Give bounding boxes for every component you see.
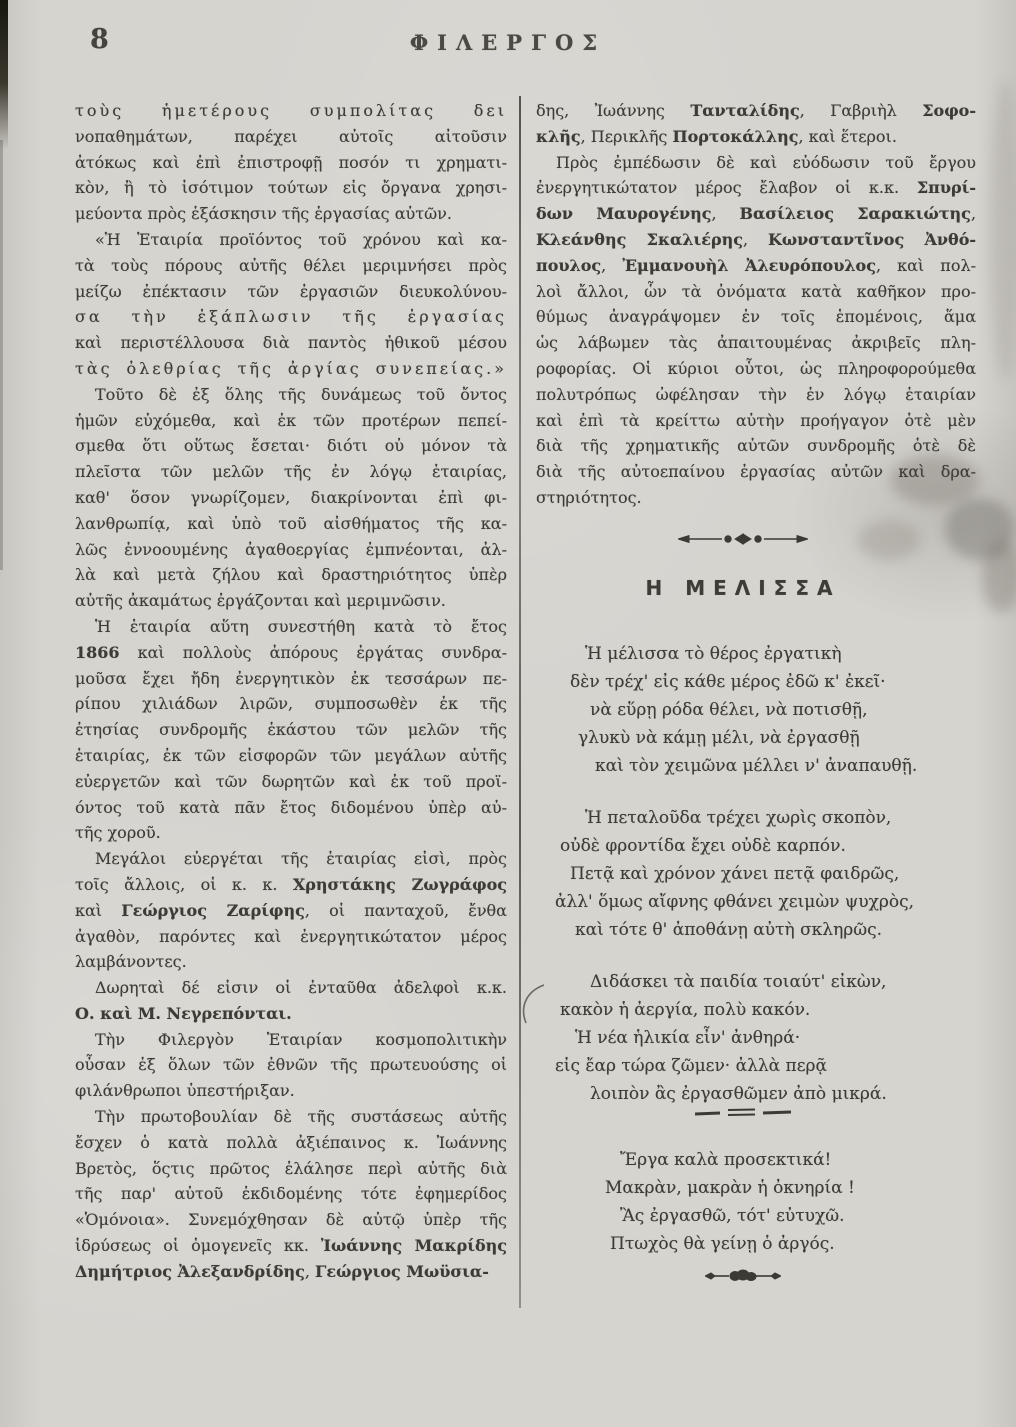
text-line: λῶς ἐννοουμένης ἀγαθοεργίας ἐμπνέονται, …	[75, 537, 507, 563]
text-line: Ἔργα καλὰ προσεκτικά!	[620, 1146, 983, 1174]
text-line: Πρὸς ἐμπέδωσιν δὲ καὶ εὐόδωσιν τοῦ ἔργου	[536, 150, 976, 176]
text-line: Ἡ μέλισσα τὸ θέρος ἐργατικὴ	[585, 640, 983, 668]
text-line: ἐνεργητικώτατον μέρος ἔλαβον οἱ κ.κ. Σπυ…	[536, 175, 976, 201]
text-line: Ἡ πεταλοῦδα τρέχει χωρὶς σκοπὸν,	[585, 804, 983, 832]
text-line: Μακρὰν, μακρὰν ἡ ὀκνηρία !	[605, 1174, 983, 1202]
text-line: ἡμῶν εὐχόμεθα, καὶ ἐκ τῶν προτέρων πεπεί…	[75, 408, 507, 434]
end-ornament	[533, 1268, 953, 1284]
scan-stain	[982, 540, 1016, 612]
text-line: ἔσχεν ὁ κατὰ πολλὰ ἀξιέπαινος κ. Ἰωάννης	[75, 1130, 507, 1156]
text-line: ἀγαθὸν, παρόντες καὶ ἐνεργητικώτατον μέρ…	[75, 924, 507, 950]
poem-final-stanza: Ἔργα καλὰ προσεκτικά!Μακρὰν, μακρὰν ἡ ὀκ…	[553, 1146, 983, 1282]
arrow-knot-rule-icon	[678, 531, 808, 547]
text-line: λοὶ ἄλλοι, ὧν τὰ ὀνόματα κατὰ καθῆκον πρ…	[536, 279, 976, 305]
text-line: λοιπὸν ἂς ἐργασθῶμεν ἀπὸ μικρά.	[590, 1080, 983, 1108]
text-line: τοῖς ἄλλοις, οἱ κ. κ. Χρηστάκης Ζωγράφος	[75, 872, 507, 898]
text-line: μεύοντα πρὸς ἐξάσκησιν τῆς ἐργασίας αὐτῶ…	[75, 201, 507, 227]
scan-edge-artifact	[0, 0, 8, 150]
text-line: τῆς χοροῦ.	[75, 820, 507, 846]
text-line: εὐεργετῶν καὶ τῶν δωρητῶν καὶ ἐκ τοῦ προ…	[75, 769, 507, 795]
text-line: καὶ Γεώργιος Ζαρίφης, οἱ πανταχοῦ, ἔνθα	[75, 898, 507, 924]
text-line: μοῦσα ἔχει ἤδη ἐνεργητικὸν ἐκ τεσσάρων π…	[75, 666, 507, 692]
column-divider-rule	[519, 96, 521, 1308]
text-line: «Ὁμόνοια». Συνεμόχθησαν δὲ αὐτῷ ὑπὲρ τῆς	[75, 1207, 507, 1233]
right-column-article: δης, Ἰωάννης Τανταλίδης, Γαβριὴλ Σοφο-κλ…	[536, 98, 976, 511]
text-line: καθ' ὅσον γνωρίζομεν, διακρίνονται ἐπὶ φ…	[75, 485, 507, 511]
text-line: Δημήτριος Ἀλεξανδρίδης, Γεώργιος Μωϋσια-	[75, 1259, 507, 1285]
stanza-divider	[533, 1106, 953, 1119]
text-line: διὰ τῆς χρηματικῆς αὐτῶν συνδρομῆς ὁτὲ δ…	[536, 433, 976, 459]
poem-stanzas: Ἡ μέλισσα τὸ θέρος ἐργατικὴδὲν τρέχ' εἰς…	[553, 640, 983, 1132]
section-divider-ornament	[533, 531, 953, 547]
dash-equals-rule-icon	[695, 1106, 791, 1119]
text-line: φιλάνθρωποι ὑπεστήριξαν.	[75, 1078, 507, 1104]
text-line: τὰ τοὺς πόρους αὐτῆς θέλει μεριμνήσει πρ…	[75, 253, 507, 279]
text-line: πολυτρόπως ὠφέλησαν τὴν ἐν λόγῳ ἑταιρίαν	[536, 382, 976, 408]
text-line: Πετᾷ καὶ χρόνον χάνει πετᾷ φαιδρῶς,	[570, 860, 983, 888]
poem-stanza: Ἡ πεταλοῦδα τρέχει χωρὶς σκοπὸν,οὐδὲ φρο…	[553, 804, 983, 944]
text-line: γλυκὺ νὰ κάμῃ μέλι, νὰ ἐργασθῇ	[578, 724, 983, 752]
poem-stanza: Ἔργα καλὰ προσεκτικά!Μακρὰν, μακρὰν ἡ ὀκ…	[553, 1146, 983, 1258]
text-line: Πτωχὸς θὰ γείνῃ ὁ ἀργός.	[610, 1230, 983, 1258]
poem-title: Η ΜΕΛΙΣΣΑ	[533, 576, 953, 600]
text-line: ρίπου χιλιάδων λιρῶν, συμποσωθὲν ἐκ τῆς	[75, 691, 507, 717]
text-line: λαμβάνοντες.	[75, 949, 507, 975]
text-line: καὶ τὸν χειμῶνα μέλλει ν' ἀναπαυθῇ.	[595, 752, 983, 780]
text-line: πλεῖστα τῶν μελῶν τῆς ἐν λόγῳ ἑταιρίας,	[75, 459, 507, 485]
text-line: ἐτησίας συνδρομῆς ἑκάστου τῶν μελῶν τῆς	[75, 717, 507, 743]
text-line: ἑταιρίας, ἐκ τῶν εἰσφορῶν τῶν μεγάλων αὐ…	[75, 743, 507, 769]
text-line: διὰ τῆς αὐτοεπαίνου ἐργασίας αὐτῶν καὶ δ…	[536, 459, 976, 485]
text-line: Μεγάλοι εὐεργέται τῆς ἑταιρίας εἰσὶ, πρὸ…	[75, 846, 507, 872]
newspaper-page: 8 ΦΙΛΕΡΓΟΣ τοὺς ἡμετέρους συμπολίτας δει…	[0, 0, 1016, 1427]
scan-edge-artifact	[0, 140, 3, 570]
text-line: ροφορίας. Οἱ κύριοι οὗτοι, ὡς πληροφορού…	[536, 356, 976, 382]
text-line: Τὴν Φιλεργὸν Ἑταιρίαν κοσμοπολιτικὴν	[75, 1027, 507, 1053]
text-line: «Ἡ Ἑταιρία προϊόντος τοῦ χρόνου καὶ κα-	[75, 227, 507, 253]
text-line: Βρετὸς, ὅςτις πρῶτος ἐλάλησε περὶ αὐτῆς …	[75, 1156, 507, 1182]
text-line: στηριότητος.	[536, 485, 976, 511]
text-line: δων Μαυρογένης, Βασίλειος Σαρακιώτης,	[536, 201, 976, 227]
text-line: Κλεάνθης Σκαλιέρης, Κωνσταντῖνος Ἀνθό-	[536, 227, 976, 253]
text-line: σα τὴν ἐξάπλωσιν τῆς ἐργασίας	[75, 304, 507, 330]
text-line: τῆς παρ' αὐτοῦ ἐκδιδομένης τότε ἐφημερίδ…	[75, 1181, 507, 1207]
text-line: Διδάσκει τὰ παιδία τοιαύτ' εἰκὼν,	[590, 968, 983, 996]
text-line: νοπαθημάτων, παρέχει αὐτοῖς αἰτοῦσιν	[75, 124, 507, 150]
text-line: δὲν τρέχ' εἰς κάθε μέρος ἐδῶ κ' ἐκεῖ·	[570, 668, 983, 696]
text-line: θύμως ἀναγράψομεν ἐν τοῖς ἑπομένοις, ἅμα	[536, 304, 976, 330]
text-line: Ο. καὶ Μ. Νεγρεπόνται.	[75, 1001, 507, 1027]
text-line: κακὸν ἡ ἀεργία, πολὺ κακόν.	[560, 996, 983, 1024]
text-line: αὐτῆς ἀκαμάτως ἐργάζονται καὶ μεριμνῶσιν…	[75, 588, 507, 614]
text-line: λὰ καὶ μετὰ ζήλου καὶ δραστηριότητος ὑπὲ…	[75, 562, 507, 588]
text-line: καὶ περιστέλλουσα διὰ παντὸς ἠθικοῦ μέσο…	[75, 330, 507, 356]
scan-stain	[990, 80, 1016, 380]
left-column: τοὺς ἡμετέρους συμπολίτας δεινοπαθημάτων…	[75, 98, 507, 1285]
poem-stanza: Ἡ μέλισσα τὸ θέρος ἐργατικὴδὲν τρέχ' εἰς…	[553, 640, 983, 780]
text-line: σμεθα ὅτι οὕτως ἔσεται· διότι οὐ μόνον τ…	[75, 433, 507, 459]
poem-stanza: Διδάσκει τὰ παιδία τοιαύτ' εἰκὼν,κακὸν ἡ…	[553, 968, 983, 1108]
text-line: νὰ εὕρῃ ρόδα θέλει, νὰ ποτισθῇ,	[590, 696, 983, 724]
text-line: Ἂς ἐργασθῶ, τότ' εὐτυχῶ.	[620, 1202, 983, 1230]
text-line: ἱδρύσεως οἱ ὁμογενεῖς κκ. Ἰωάννης Μακρίδ…	[75, 1233, 507, 1259]
masthead-title: ΦΙΛΕΡΓΟΣ	[0, 30, 1016, 55]
text-line: πουλος, Ἐμμανουὴλ Ἀλευρόπουλος, καὶ πολ-	[536, 253, 976, 279]
text-line: μείζω ἐπέκτασιν τῶν ἐργασιῶν διευκολύνου…	[75, 279, 507, 305]
text-line: λανθρωπίᾳ, καὶ ὑπὸ τοῦ αἰσθήματος τῆς κα…	[75, 511, 507, 537]
text-line: Ἡ ἑταιρία αὕτη συνεστήθη κατὰ τὸ ἔτος	[75, 614, 507, 640]
floral-finial-icon	[705, 1268, 781, 1284]
text-line: 1866 καὶ πολλοὺς ἀπόρους ἐργάτας συνδρα-	[75, 640, 507, 666]
text-line: κλῆς, Περικλῆς Πορτοκάλλης, καὶ ἕτεροι.	[536, 124, 976, 150]
text-line: οὖσαν ἐξ ὅλων τῶν ἐθνῶν τῆς πρωτευούσης …	[75, 1052, 507, 1078]
text-line: τοὺς ἡμετέρους συμπολίτας δει	[75, 98, 507, 124]
text-line: ἀλλ' ὅμως αἴφνης φθάνει χειμὼν ψυχρὸς,	[555, 888, 983, 916]
text-line: όντος τοῦ κατὰ πᾶν ἔτος διδομένου ὑπὲρ α…	[75, 795, 507, 821]
text-line: Τὴν πρωτοβουλίαν δὲ τῆς συστάσεως αὐτῆς	[75, 1104, 507, 1130]
text-line: ὡς λάβωμεν τὰς ἀπαιτουμένας ἀκριβεῖς πλη…	[536, 330, 976, 356]
text-line: οὐδὲ φροντίδα ἔχει οὐδὲ καρπόν.	[560, 832, 983, 860]
text-line: δης, Ἰωάννης Τανταλίδης, Γαβριὴλ Σοφο-	[536, 98, 976, 124]
text-line: καὶ τότε θ' ἀποθάνῃ αὐτὴ σκληρῶς.	[575, 916, 983, 944]
text-line: εἰς ἔαρ τώρα ζῶμεν· ἀλλὰ περᾷ	[555, 1052, 983, 1080]
text-line: Δωρηταὶ δέ εἰσιν οἱ ἐνταῦθα ἀδελφοὶ κ.κ.	[75, 975, 507, 1001]
text-line: κὸν, ἢ τὸ ἰσότιμον τούτων εἰς ὄργανα χρη…	[75, 175, 507, 201]
text-line: ἀτόκως καὶ ἐπὶ ἐπιστροφῇ ποσόν τι χρηματ…	[75, 150, 507, 176]
text-line: Τοῦτο δὲ ἐξ ὅλης τῆς δυνάμεως τοῦ ὄντος	[75, 382, 507, 408]
text-line: τὰς ὀλεθρίας τῆς ἀργίας συνεπείας.»	[75, 356, 507, 382]
text-line: καὶ ἐπὶ τὰ κρείττω αὐτὴν προήγαγον ὁτὲ μ…	[536, 408, 976, 434]
text-line: Ἡ νέα ἡλικία εἶν' ἀνθηρά·	[575, 1024, 983, 1052]
